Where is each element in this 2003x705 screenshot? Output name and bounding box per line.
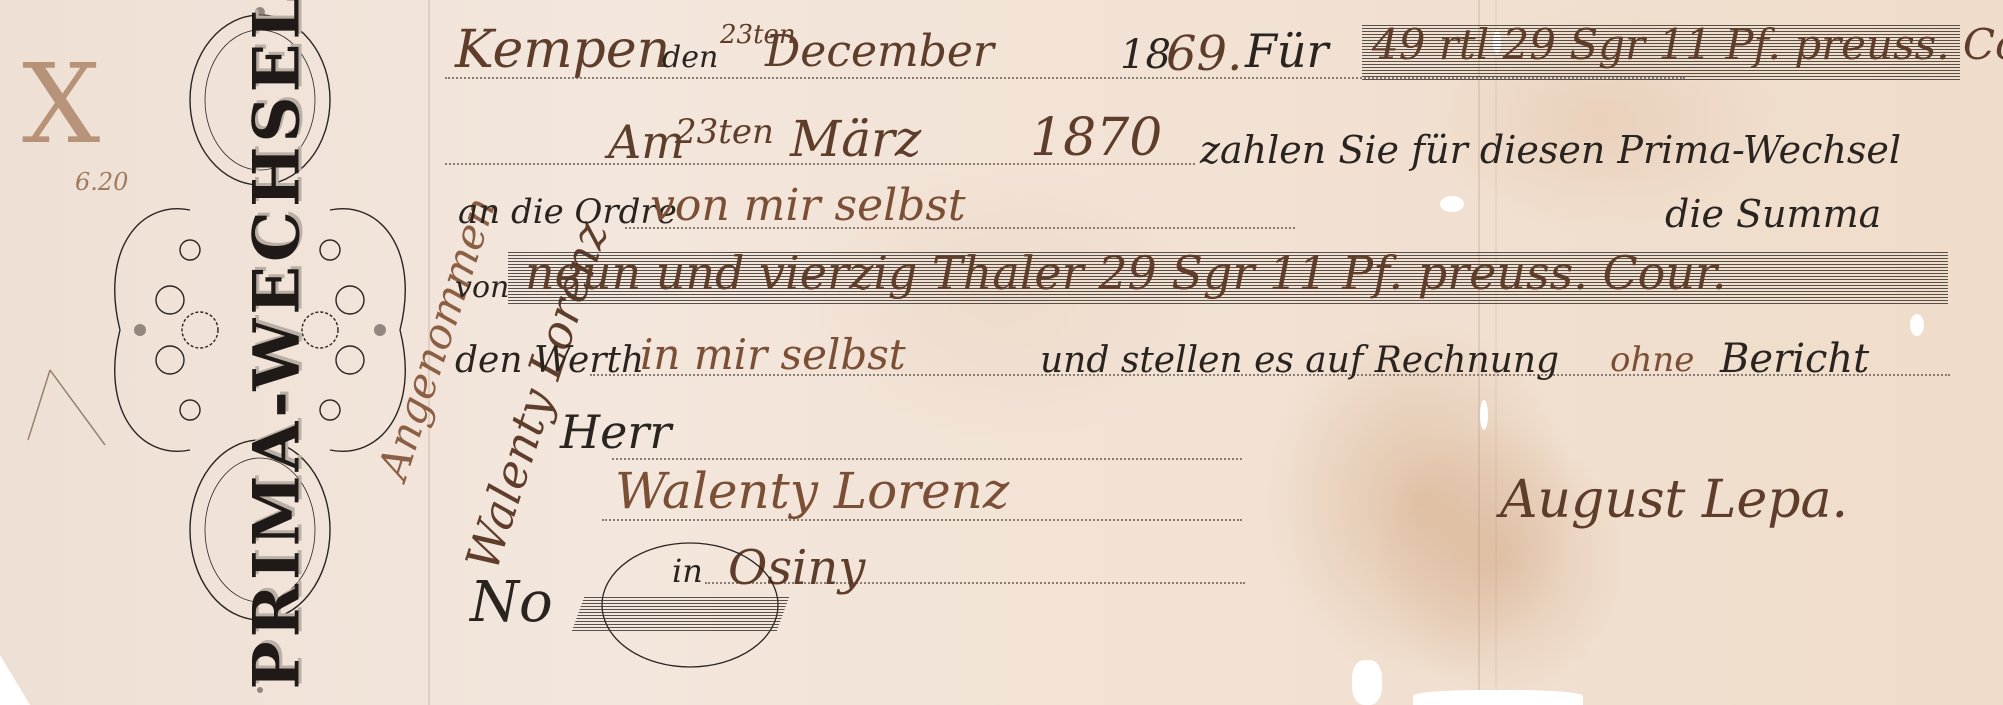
amount-figures: 49 rtl 29 Sgr 11 Pf. preuss. Cour. — [1372, 20, 2003, 69]
herr-dotted-rule — [612, 458, 1242, 460]
heading-text: PRIMA-WECHSEL — [240, 0, 315, 689]
payment-instruction: zahlen Sie für diesen Prima-Wechsel — [1200, 128, 1901, 172]
werth-label: den Werth — [455, 340, 644, 381]
paper-corner-tear — [0, 655, 30, 705]
den-label: den — [662, 40, 718, 75]
paper-tear — [1910, 314, 1924, 336]
herr-label: Herr — [560, 405, 671, 459]
drawer-signature: August Lepa. — [1500, 470, 1848, 530]
fur-label: Für — [1245, 24, 1329, 78]
werth-value: in mir selbst — [640, 330, 906, 379]
amount-words: neun und vierzig Thaler 29 Sgr 11 Pf. pr… — [525, 246, 1727, 300]
issue-year-prefix: 18 — [1120, 32, 1171, 78]
rechnung-text: und stellen es auf Rechnung — [1040, 340, 1559, 381]
due-day: 23ten — [675, 112, 774, 152]
am-label: Am — [608, 115, 685, 169]
number-label: No — [470, 570, 553, 635]
bericht-label: Bericht — [1720, 336, 1869, 382]
document-heading: PRIMA-WECHSEL — [222, 20, 332, 660]
place-of-issue: Kempen — [455, 20, 670, 80]
paper-tear — [1352, 660, 1382, 705]
rechnung-value: ohne — [1610, 340, 1694, 380]
ordre-label: an die Ordre — [458, 192, 677, 232]
von-label: von — [455, 270, 509, 305]
due-year: 1870 — [1030, 108, 1162, 168]
paper-tear — [1413, 690, 1583, 705]
due-month: März — [790, 110, 921, 168]
number-field — [572, 597, 789, 631]
margin-x-mark: X — [22, 40, 100, 168]
drawee-name: Walenty Lorenz — [615, 462, 1009, 520]
paper-tear — [1440, 196, 1464, 212]
summa-label: die Summa — [1665, 192, 1881, 236]
paper-tear — [1480, 400, 1488, 430]
issue-month: December — [765, 26, 994, 77]
issue-year-suffix: 69. — [1166, 26, 1242, 82]
payee: von mir selbst — [650, 180, 966, 231]
